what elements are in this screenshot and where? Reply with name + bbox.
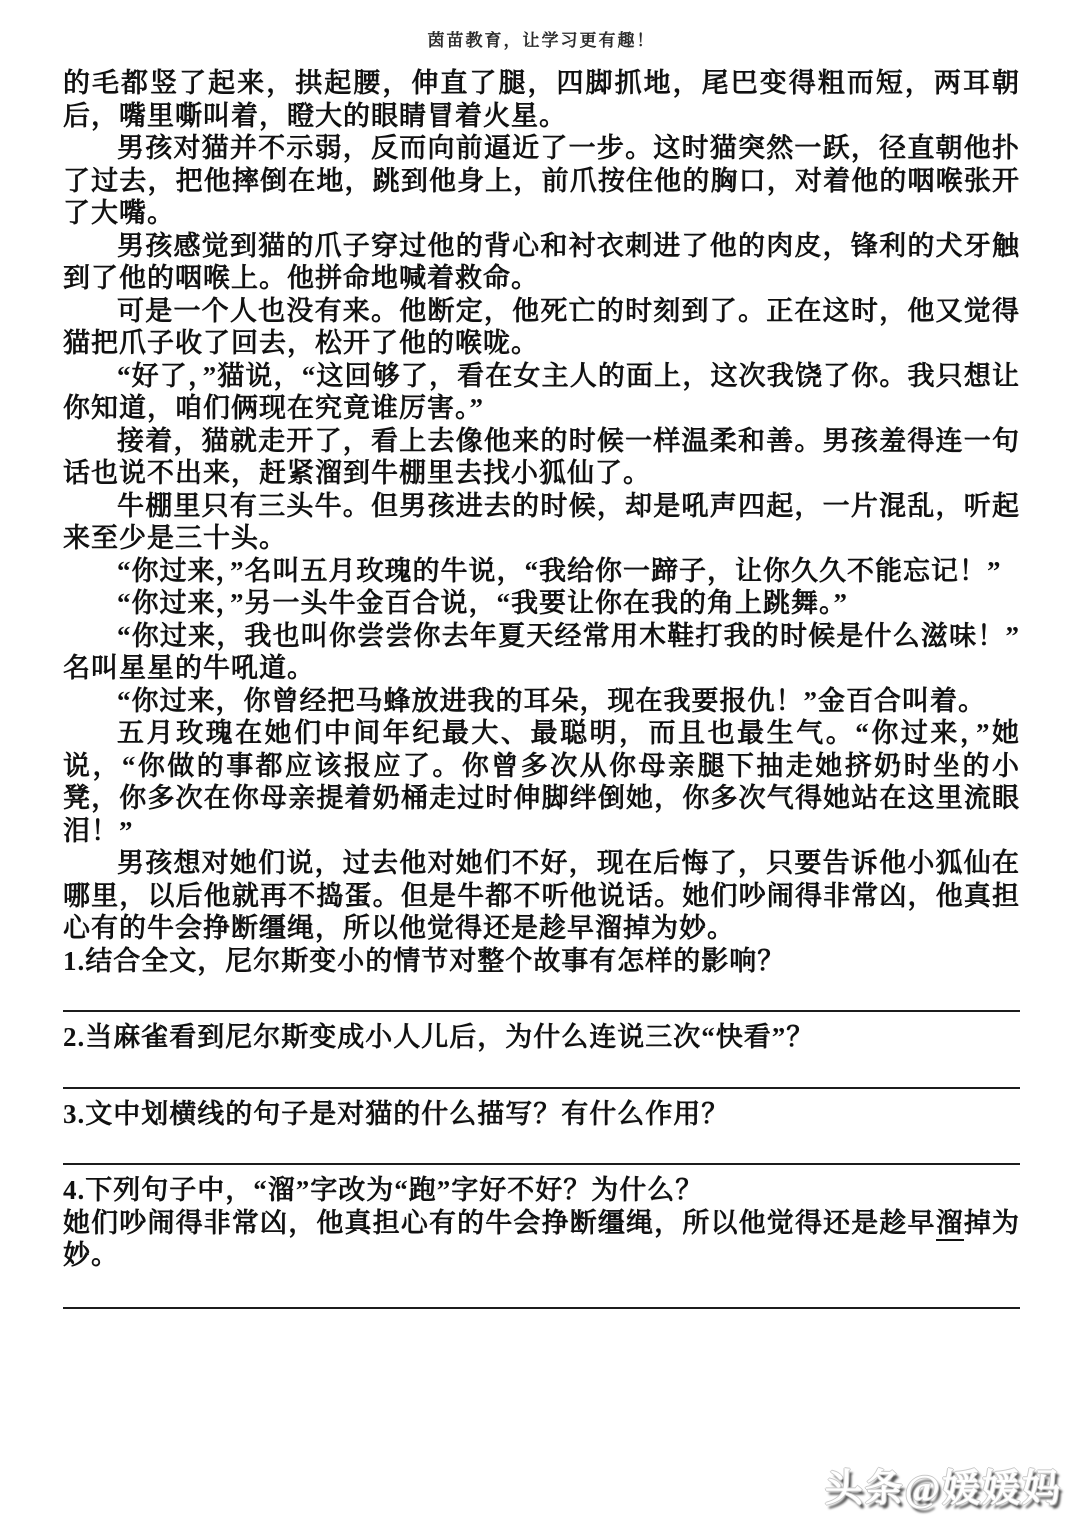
questions-section: 1.结合全文，尼尔斯变小的情节对整个故事有怎样的影响？ 2.当麻雀看到尼尔斯变成… <box>63 945 1020 1309</box>
reading-passage: 的毛都竖了起来，拱起腰，伸直了腿，四脚抓地，尾巴变得粗而短，两耳朝后，嘴里嘶叫着… <box>63 67 1020 945</box>
question-3: 3.文中划横线的句子是对猫的什么描写？有什么作用？ <box>63 1098 1020 1131</box>
passage-paragraph: 可是一个人也没有来。他断定，他死亡的时刻到了。正在这时，他又觉得猫把爪子收了回去… <box>63 295 1020 360</box>
page-header: 茵苗教育，让学习更有趣！ <box>63 26 1020 51</box>
passage-paragraph: 五月玫瑰在她们中间年纪最大、最聪明，而且也最生气。“你过来，”她说，“你做的事都… <box>63 717 1020 847</box>
answer-line-1 <box>63 1010 1020 1012</box>
question-4: 4.下列句子中，“溜”字改为“跑”字好不好？为什么？ <box>63 1174 1020 1207</box>
underlined-character: 溜 <box>936 1208 964 1241</box>
passage-paragraph: 的毛都竖了起来，拱起腰，伸直了腿，四脚抓地，尾巴变得粗而短，两耳朝后，嘴里嘶叫着… <box>63 67 1020 132</box>
sentence-part-before: 她们吵闹得非常凶，他真担心有的牛会挣断缰绳，所以他觉得还是趁早 <box>63 1208 936 1238</box>
watermark: 头条@媛媛妈 <box>825 1457 1062 1512</box>
passage-paragraph: “好了，”猫说，“这回够了，看在女主人的面上，这次我饶了你。我只想让你知道，咱们… <box>63 360 1020 425</box>
watermark-text: 头条@媛媛妈 <box>825 1468 1062 1510</box>
passage-paragraph: 男孩感觉到猫的爪子穿过他的背心和衬衣刺进了他的肉皮，锋利的犬牙触到了他的咽喉上。… <box>63 230 1020 295</box>
question-4-quoted-sentence: 她们吵闹得非常凶，他真担心有的牛会挣断缰绳，所以他觉得还是趁早溜掉为妙。 <box>63 1207 1020 1272</box>
answer-line-3 <box>63 1163 1020 1165</box>
passage-paragraph: “你过来，我也叫你尝尝你去年夏天经常用木鞋打我的时候是什么滋味！”名叫星星的牛吼… <box>63 620 1020 685</box>
answer-line-2 <box>63 1087 1020 1089</box>
answer-line-4 <box>63 1307 1020 1309</box>
header-slogan: 茵苗教育，让学习更有趣！ <box>428 31 656 50</box>
passage-paragraph: 男孩对猫并不示弱，反而向前逼近了一步。这时猫突然一跃，径直朝他扑了过去，把他摔倒… <box>63 132 1020 230</box>
question-2: 2.当麻雀看到尼尔斯变成小人儿后，为什么连说三次“快看”？ <box>63 1021 1020 1054</box>
passage-paragraph: “你过来，”名叫五月玫瑰的牛说，“我给你一蹄子，让你久久不能忘记！” <box>63 555 1020 588</box>
passage-paragraph: “你过来，”另一头牛金百合说，“我要让你在我的角上跳舞。” <box>63 587 1020 620</box>
passage-paragraph: 男孩想对她们说，过去他对她们不好，现在后悔了，只要告诉他小狐仙在哪里，以后他就再… <box>63 847 1020 945</box>
passage-paragraph: 牛棚里只有三头牛。但男孩进去的时候，却是吼声四起，一片混乱，听起来至少是三十头。 <box>63 490 1020 555</box>
worksheet-page: 茵苗教育，让学习更有趣！ 的毛都竖了起来，拱起腰，伸直了腿，四脚抓地，尾巴变得粗… <box>0 0 1080 1527</box>
passage-paragraph: “你过来，你曾经把马蜂放进我的耳朵，现在我要报仇！”金百合叫着。 <box>63 685 1020 718</box>
passage-paragraph: 接着，猫就走开了，看上去像他来的时候一样温柔和善。男孩羞得连一句话也说不出来，赶… <box>63 425 1020 490</box>
question-1: 1.结合全文，尼尔斯变小的情节对整个故事有怎样的影响？ <box>63 945 1020 978</box>
